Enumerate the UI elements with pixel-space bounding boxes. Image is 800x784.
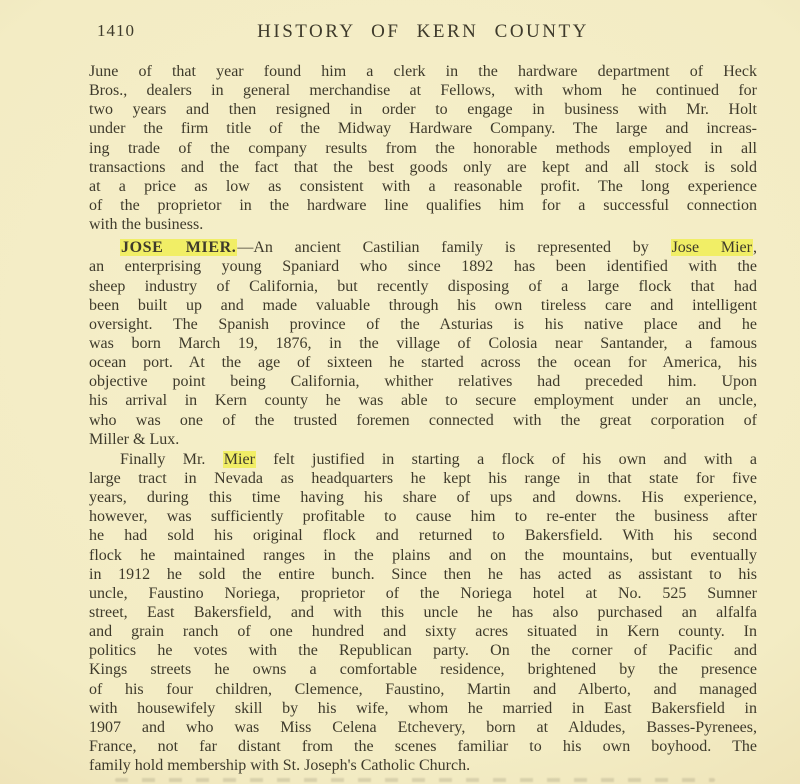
text-line: large tract in Nevada as headquarters he… (89, 469, 757, 488)
text-line: objective point being California, whithe… (89, 372, 757, 391)
text-line: Kings streets he owns a comfortable resi… (89, 660, 757, 679)
text-line: years, during this time having his share… (89, 488, 757, 507)
highlight: JOSE MIER. (120, 239, 237, 256)
cutoff-next-line-artifact (115, 778, 715, 782)
scanned-book-page: 1410 HISTORY OF KERN COUNTY June of that… (0, 0, 800, 784)
text-line: ing trade of the company results from th… (89, 139, 757, 158)
text-line: transactions and the fact that the best … (89, 158, 757, 177)
paragraph: Finally Mr. Mier felt justified in start… (89, 450, 757, 775)
text-line: however, was sufficiently profitable to … (89, 507, 757, 526)
text-line: flock he maintained ranges in the plains… (89, 546, 757, 565)
paragraph: June of that year found him a clerk in t… (89, 62, 757, 234)
text-line: politics he votes with the Republican pa… (89, 641, 757, 660)
text-line: his arrival in Kern county he was able t… (89, 391, 757, 410)
text-line: Miller & Lux. (89, 430, 757, 449)
text-line: in 1912 he sold the entire bunch. Since … (89, 565, 757, 584)
highlight: Jose Mier (671, 239, 753, 256)
text-line: France, not far distant from the scenes … (89, 737, 757, 756)
text-line: and grain ranch of one hundred and sixty… (89, 622, 757, 641)
page-title: HISTORY OF KERN COUNTY (89, 21, 757, 43)
text-line: been built up and made valuable through … (89, 296, 757, 315)
text-line: Bros., dealers in general merchandise at… (89, 81, 757, 100)
page-content: 1410 HISTORY OF KERN COUNTY June of that… (89, 21, 757, 782)
text-line: was born March 19, 1876, in the village … (89, 334, 757, 353)
text-line: 1907 and who was Miss Celena Etchevery, … (89, 718, 757, 737)
text-line: oversight. The Spanish province of the A… (89, 315, 757, 334)
text-line: Finally Mr. Mier felt justified in start… (89, 450, 757, 469)
text-line: family hold membership with St. Joseph's… (89, 756, 757, 775)
text-line: JOSE MIER.—An ancient Castilian family i… (89, 238, 757, 257)
page-number: 1410 (97, 21, 135, 41)
text-line: ocean port. At the age of sixteen he sta… (89, 353, 757, 372)
text-line: street, East Bakersfield, and with this … (89, 603, 757, 622)
text-line: with housewifely skill by his wife, whom… (89, 699, 757, 718)
text-line: two years and then resigned in order to … (89, 100, 757, 119)
text-line: June of that year found him a clerk in t… (89, 62, 757, 81)
text-line: who was one of the trusted foremen conne… (89, 411, 757, 430)
paragraph: JOSE MIER.—An ancient Castilian family i… (89, 238, 757, 449)
text-line: of his four children, Clemence, Faustino… (89, 680, 757, 699)
text-line: of the proprietor in the hardware line q… (89, 196, 757, 215)
text-line: under the firm title of the Midway Hardw… (89, 119, 757, 138)
text-line: he had sold his original flock and retur… (89, 526, 757, 545)
text-line: with the business. (89, 215, 757, 234)
text-line: sheep industry of California, but recent… (89, 277, 757, 296)
highlight: Mier (223, 451, 256, 468)
document-body: June of that year found him a clerk in t… (89, 62, 757, 775)
text-line: an enterprising young Spaniard who since… (89, 257, 757, 276)
text-line: uncle, Faustino Noriega, proprietor of t… (89, 584, 757, 603)
text-line: at a price as low as consistent with a r… (89, 177, 757, 196)
page-header: 1410 HISTORY OF KERN COUNTY (89, 21, 757, 43)
